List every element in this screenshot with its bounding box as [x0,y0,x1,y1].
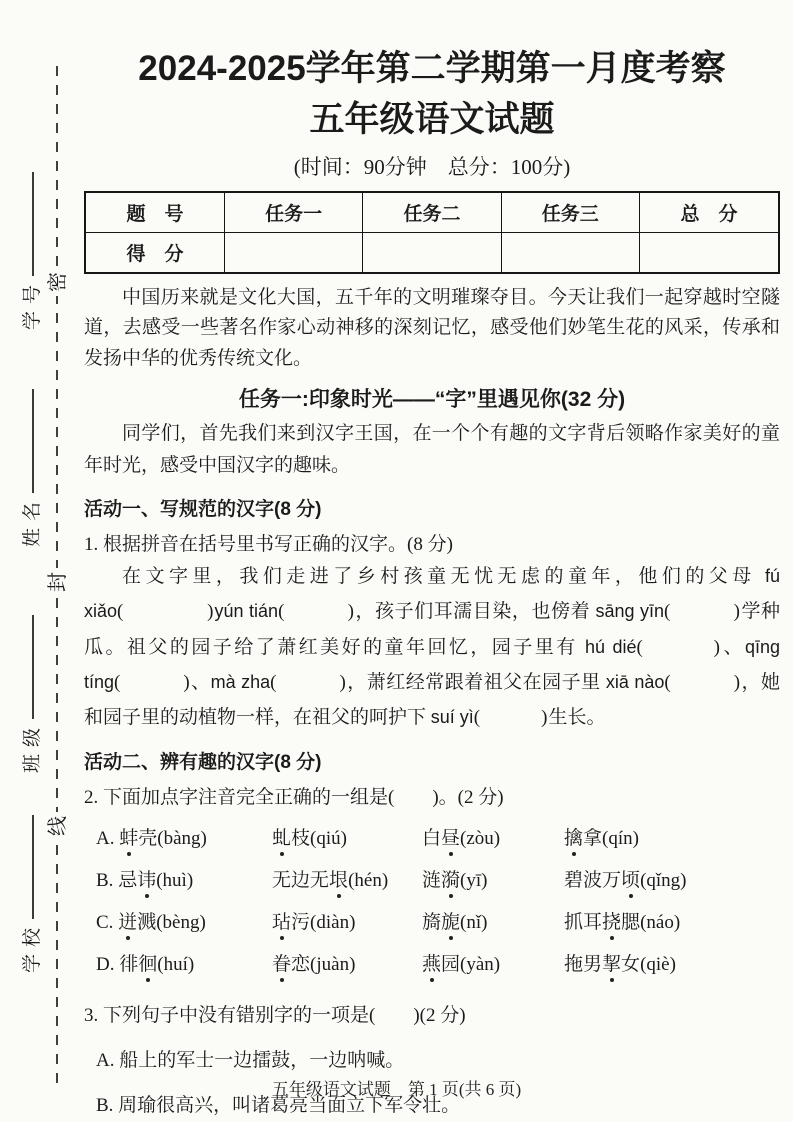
option-char: ) [481,912,487,933]
option-char: q [646,870,656,891]
answer-blank: ( ) [270,672,347,693]
option-char: o [664,912,674,933]
activity-one-heading: 活动一、写规范的汉字(8 分) [84,494,780,521]
q2-option-item: 虬枝(qiú) [272,823,422,850]
activity-two-heading: 活动二、辨有趣的汉字(8 分) [84,747,780,774]
option-char: u [173,954,183,975]
pinyin-text: sāng yīn [595,601,664,621]
option-char: n [372,870,382,891]
option-char: 枝 [291,828,310,849]
option-char: ) [349,912,355,933]
score-cell [639,232,779,273]
option-char: y [466,870,476,891]
emphasized-char: 擒 [564,823,583,850]
q2-option-item: C. 迸溅(bèng) [96,907,272,934]
option-char: n [646,912,656,933]
score-row-label: 得 分 [85,232,225,273]
option-char: ) [187,870,193,891]
option-char: h [354,870,364,891]
score-table-header-cell: 任务二 [363,192,501,233]
emphasized-char: 旎 [441,907,460,934]
seal-field-班级: 班级 [17,603,43,773]
option-char: è [661,954,669,975]
score-table-header-cell: 题 号 [85,192,225,233]
option-char: z [466,828,474,849]
q2-option-label: D. [96,954,119,975]
q2-option-item: B. 忌讳(huì) [96,865,272,892]
option-char: à [331,912,339,933]
option-char: n [466,912,476,933]
option-char: q [608,828,618,849]
question-2-stem: 2. 下面加点字注音完全正确的一组是( )。(2 分) [84,782,780,809]
seal-field-label: 学校 [17,919,44,973]
option-char: 拿 [583,828,602,849]
score-table-score-row: 得 分 [85,232,779,273]
seal-field-blank-line [31,815,34,919]
question-2-options: A. 蚌壳(bàng)虬枝(qiú)白昼(zòu)擒拿(qín)B. 忌讳(hu… [96,823,780,976]
option-char: b [163,912,173,933]
q2-option-item: D. 徘徊(huí) [96,949,272,976]
option-char: ) [382,870,388,891]
option-char: h [163,870,173,891]
option-char: 女 [621,954,640,975]
option-char: ) [481,870,487,891]
option-char: 白 [422,828,441,849]
option-char: 抓 [564,912,583,933]
option-char: 无 [310,870,329,891]
option-char: g [671,870,681,891]
passage-text: 生长。 [548,707,605,728]
q2-option-item: A. 蚌壳(bàng) [96,823,272,850]
pinyin-text: mà zha [211,672,271,692]
option-char: 边 [291,870,310,891]
seal-field-label: 学号 [17,276,44,330]
option-char: ) [341,828,347,849]
seal-field-blank-line [31,615,34,719]
exam-title-line1: 2024-2025学年第二学期第一月度考察 [84,44,780,95]
option-char: ) [494,828,500,849]
emphasized-char: 眷 [272,949,291,976]
option-char: 污 [291,912,310,933]
option-char: 恋 [291,954,310,975]
answer-blank: ( ) [114,672,191,693]
answer-blank: ( ) [278,601,355,622]
emphasized-char: 讳 [137,865,156,892]
pinyin-text: suí yì [431,707,474,727]
q2-option-item: 眷恋(juàn) [272,949,422,976]
option-char: g [191,828,201,849]
option-char: ) [199,912,205,933]
option-char: 腮 [621,912,640,933]
option-char: à [331,954,339,975]
option-char: 男 [583,954,602,975]
emphasized-char: 蚌 [119,823,138,850]
emphasized-char: 挠 [602,907,621,934]
emphasized-char: 玷 [272,907,291,934]
emphasized-char: 漪 [441,865,460,892]
seal-field-label: 班级 [17,719,44,773]
q2-option-item: 拖男挈女(qiè) [564,949,780,976]
score-table-header-cell: 总 分 [639,192,779,233]
q2-option-item: 燕园(yàn) [422,949,564,976]
time-score-info: (时间：90分钟 总分：100分) [84,151,780,181]
score-table-header-cell: 任务一 [225,192,363,233]
option-char: n [340,912,350,933]
pinyin-text: hú dié [585,637,637,657]
option-char: ú [331,828,341,849]
option-char: 旖 [422,912,441,933]
option-char: ) [674,912,680,933]
q2-option-item: 白昼(zòu) [422,823,564,850]
option-char: ) [494,954,500,975]
emphasized-char: 燕 [422,949,441,976]
score-cell [363,232,501,273]
question-1-passage: 在文字里，我们走进了乡村孩童无忧无虑的童年，他们的父母 fú xiǎo( )yú… [84,559,780,735]
seal-field-学校: 学校 [17,803,43,973]
q3-option-item: A. 船上的军士一边擂鼓，一边呐喊。 [96,1045,780,1072]
option-char: 涟 [422,870,441,891]
option-char: q [646,954,656,975]
option-char: b [164,828,174,849]
option-char: 耳 [583,912,602,933]
seal-field-blank-line [31,172,34,276]
emphasized-char: 徊 [138,949,157,976]
exam-intro-paragraph: 中国历来就是文化大国，五千年的文明璀璨夺目。今天让我们一起穿越时空隧道，去感受一… [84,283,780,376]
option-char: ) [680,870,686,891]
q2-option-label: A. [96,828,119,849]
option-char: 万 [602,870,621,891]
score-cell [225,232,363,273]
option-char: à [173,828,181,849]
option-char: u [172,870,182,891]
option-char: y [466,954,476,975]
option-char: 忌 [118,870,137,891]
seal-char-线: 线 [44,812,72,840]
answer-blank: ( ) [474,707,549,728]
pinyin-text: yún tián [214,601,278,621]
option-char: 无 [272,870,291,891]
exam-title-line2: 五年级语文试题 [84,95,780,146]
exam-content: 2024-2025学年第二学期第一月度考察 五年级语文试题 (时间：90分钟 总… [84,44,780,1117]
seal-field-姓名: 姓名 [17,377,43,547]
option-char: 碧 [564,870,583,891]
q2-option-label: C. [96,912,118,933]
option-char: n [484,954,494,975]
option-char: ) [670,954,676,975]
passage-text: ，萧红经常跟着祖父在园子里 [347,672,606,693]
score-table-header-cell: 任务三 [501,192,639,233]
option-char: 徘 [119,954,138,975]
q2-option-item: 碧波万顷(qǐng) [564,865,780,892]
emphasized-char: 迸 [118,907,137,934]
option-char: ) [201,828,207,849]
option-char: ) [633,828,639,849]
option-char: u [484,828,494,849]
passage-text: ，孩子们耳濡目染，也傍着 [355,601,596,622]
pinyin-text: xiā nào [606,672,665,692]
score-table: 题 号任务一任务二任务三总 分 得 分 [84,191,780,274]
page-footer: 五年级语文试题 第 1 页(共 6 页) [0,1075,793,1100]
option-char: n [180,912,190,933]
seal-char-密: 密 [44,268,72,296]
q2-option-item: 旖旎(nǐ) [422,907,564,934]
option-char: 拖 [564,954,583,975]
seal-field-label: 姓名 [17,493,44,547]
option-char: h [164,954,174,975]
task-one-lead-in: 同学们，首先我们来到汉字王国，在一个个有趣的文字背后领略作家美好的童年时光，感受… [84,418,780,482]
emphasized-char: 顷 [621,865,640,892]
option-char: ) [349,954,355,975]
task-one-heading: 任务一:印象时光——“字”里遇见你(32 分) [84,383,780,413]
q2-option-item: 无边无垠(hén) [272,865,422,892]
answer-blank: ( ) [117,601,214,622]
option-char: d [316,912,326,933]
emphasized-char: 垠 [329,865,348,892]
seal-field-blank-line [31,389,34,493]
passage-text: 、 [191,672,211,693]
option-char: n [623,828,633,849]
option-char: 溅 [137,912,156,933]
q2-option-item: 抓耳挠腮(náo) [564,907,780,934]
score-table-header-row: 题 号任务一任务二任务三总 分 [85,192,779,233]
q2-option-item: 擒拿(qín) [564,823,780,850]
emphasized-char: 挈 [602,949,621,976]
option-char: 园 [441,954,460,975]
option-char: n [661,870,671,891]
seal-field-学号: 学号 [17,160,43,330]
score-cell [501,232,639,273]
option-char: ò [475,828,485,849]
exam-paper-page: 学号姓名班级学校 密封线 2024-2025学年第二学期第一月度考察 五年级语文… [0,0,793,1122]
q2-option-item: 玷污(diàn) [272,907,422,934]
passage-text: 在文字里，我们走进了乡村孩童无忧无虑的童年，他们的父母 [122,566,765,587]
seal-char-封: 封 [44,568,72,596]
option-char: u [322,954,332,975]
option-char: 波 [583,870,602,891]
option-char: ) [188,954,194,975]
option-char: n [182,828,192,849]
passage-text: 、 [721,637,745,658]
q2-option-item: 涟漪(yī) [422,865,564,892]
option-char: n [340,954,350,975]
emphasized-char: 昼 [441,823,460,850]
answer-blank: ( ) [664,601,741,622]
q2-option-label: B. [96,870,118,891]
question-1-stem: 1. 根据拼音在括号里书写正确的汉字。(8 分) [84,529,780,556]
answer-blank: ( ) [636,637,721,658]
question-3-stem: 3. 下列句子中没有错别字的一项是( )(2 分) [84,1000,780,1027]
option-char: 壳 [138,828,157,849]
emphasized-char: 虬 [272,823,291,850]
answer-blank: ( ) [664,672,741,693]
option-char: q [316,828,326,849]
